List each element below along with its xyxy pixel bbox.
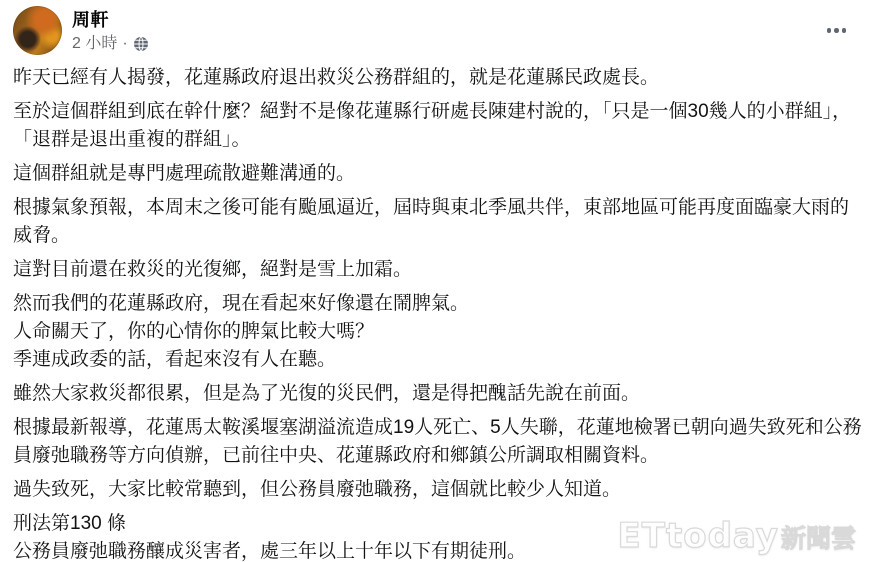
timestamp[interactable]: 2 小時 [72, 34, 117, 54]
post-paragraph: 這個群組就是專門處理疏散避難溝通的。 [13, 160, 866, 188]
more-options-button[interactable] [819, 20, 855, 41]
post-paragraph: 至於這個群組到底在幹什麼？絕對不是像花蓮縣行研處長陳建村說的，「只是一個30幾人… [13, 98, 866, 154]
post-body: 昨天已經有人揭發，花蓮縣政府退出救災公務群組的，就是花蓮縣民政處長。 至於這個群… [0, 55, 870, 562]
post-paragraph: 過失致死，大家比較常聽到，但公務員廢弛職務，這個就比較少人知道。 [13, 476, 866, 504]
author-name[interactable]: 周軒 [72, 9, 149, 32]
post-paragraph: 這對目前還在救災的光復鄉，絕對是雪上加霜。 [13, 256, 866, 284]
ellipsis-icon [827, 28, 832, 33]
post-header-text: 周軒 2 小時 · [72, 6, 149, 54]
post-paragraph: 然而我們的花蓮縣政府，現在看起來好像還在鬧脾氣。 人命關天了，你的心情你的脾氣比… [13, 290, 866, 374]
meta-separator: · [122, 34, 127, 54]
post-meta: 2 小時 · [72, 34, 149, 54]
post-paragraph: 刑法第130 條 公務員廢弛職務釀成災害者，處三年以上十年以下有期徒刑。 [13, 510, 866, 562]
post-header: 周軒 2 小時 · [0, 0, 870, 55]
facebook-post: 周軒 2 小時 · 昨天已經有人揭發，花蓮縣政府退出救災公務群組的，就是花蓮縣民… [0, 0, 870, 562]
post-paragraph: 根據氣象預報，本周末之後可能有颱風逼近，屆時與東北季風共伴，東部地區可能再度面臨… [13, 194, 866, 250]
post-paragraph: 昨天已經有人揭發，花蓮縣政府退出救災公務群組的，就是花蓮縣民政處長。 [13, 64, 866, 92]
avatar[interactable] [13, 6, 62, 55]
globe-icon [133, 36, 149, 52]
post-paragraph: 根據最新報導，花蓮馬太鞍溪堰塞湖溢流造成19人死亡、5人失聯，花蓮地檢署已朝向過… [13, 414, 866, 470]
post-paragraph: 雖然大家救災都很累，但是為了光復的災民們，還是得把醜話先說在前面。 [13, 380, 866, 408]
